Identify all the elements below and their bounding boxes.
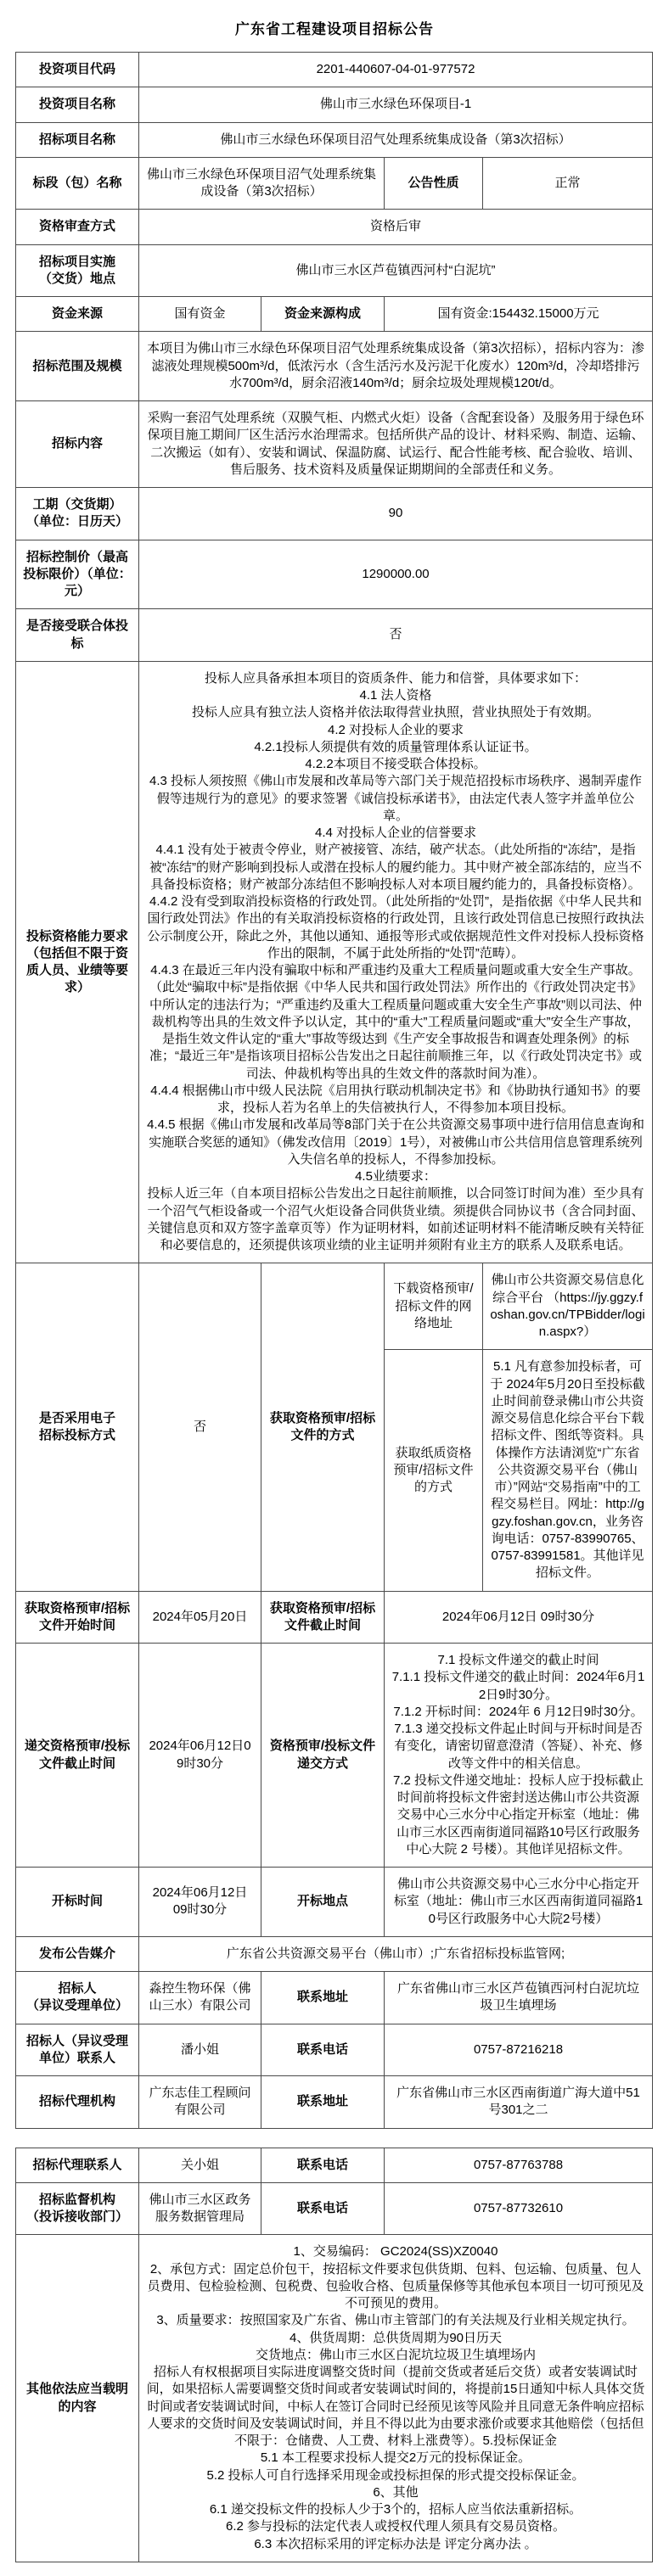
row-price-limit: 招标控制价（最高投标限价）（单位：元） 1290000.00 — [16, 540, 653, 609]
row-tender-project-name: 招标项目名称 佛山市三水绿色环保项目沼气处理系统集成设备（第3次招标） — [16, 122, 653, 157]
project-name-value: 佛山市三水绿色环保项目-1 — [139, 87, 653, 122]
notice-nature-label: 公告性质 — [385, 157, 483, 210]
supervisor-phone-label: 联系电话 — [261, 2182, 385, 2235]
row-scope: 招标范围及规模 本项目为佛山市三水绿色环保项目沼气处理系统集成设备（第3次招标）… — [16, 332, 653, 401]
submit-deadline-label: 递交资格预审/投标文件截止时间 — [16, 1644, 139, 1868]
download-url-label: 下载资格预审/招标文件的网络地址 — [385, 1263, 483, 1350]
electronic-bidding-label: 是否采用电子 招标投标方式 — [16, 1263, 139, 1591]
row-qualification-requirements: 投标资格能力要求（包括但不限于资质人员、业绩等要求） 投标人应具备承担本项目的资… — [16, 661, 653, 1263]
supervisor-value: 佛山市三水区政务服务数据管理局 — [139, 2182, 261, 2235]
obtain-deadline-value: 2024年06月12日 09时30分 — [385, 1591, 653, 1644]
other-content-value: 1、交易编码： GC2024(SS)XZ0040 2、承包方式：固定总价包干，按… — [139, 2235, 653, 2562]
row-qualification-review: 资格审查方式 资格后审 — [16, 210, 653, 244]
row-fund-source: 资金来源 国有资金 资金来源构成 国有资金:154432.15000万元 — [16, 297, 653, 332]
tender-project-name-value: 佛山市三水绿色环保项目沼气处理系统集成设备（第3次招标） — [139, 122, 653, 157]
tenderer-address-label: 联系地址 — [261, 1972, 385, 2024]
fund-composition-label: 资金来源构成 — [261, 297, 385, 332]
media-value: 广东省公共资源交易平台（佛山市）;广东省招标投标监管网; — [139, 1936, 653, 1971]
project-code-label: 投资项目代码 — [16, 53, 139, 87]
row-agency: 招标代理机构 广东志佳工程顾问有限公司 联系地址 广东省佛山市三水区西南街道广海… — [16, 2076, 653, 2129]
paper-method-value: 5.1 凡有意参加投标者，可于 2024年5月20日至投标截止时间前登录佛山市公… — [483, 1350, 653, 1591]
obtain-start-value: 2024年05月20日 — [139, 1591, 261, 1644]
supervisor-phone-value: 0757-87732610 — [385, 2182, 653, 2235]
tenderer-value: 淼控生物环保（佛山三水）有限公司 — [139, 1972, 261, 2024]
table-gap — [15, 2129, 654, 2148]
paper-method-label: 获取纸质资格预审/招标文件的方式 — [385, 1350, 483, 1591]
submit-method-label: 资格预审/投标文件递交方式 — [261, 1644, 385, 1868]
tenderer-phone-label: 联系电话 — [261, 2024, 385, 2076]
duration-label: 工期（交货期） （单位：日历天） — [16, 488, 139, 540]
tender-notice-table-2: 招标代理联系人 关小姐 联系电话 0757-87763788 招标监督机构 （投… — [15, 2148, 653, 2562]
supervisor-label: 招标监督机构 （投诉接收部门） — [16, 2182, 139, 2235]
other-content-label: 其他依法应当载明 的内容 — [16, 2235, 139, 2562]
tender-notice-table: 投资项目代码 2201-440607-04-01-977572 投资项目名称 佛… — [15, 52, 653, 2129]
obtain-method-label: 获取资格预审/招标文件的方式 — [261, 1263, 385, 1591]
agency-phone-value: 0757-87763788 — [385, 2148, 653, 2182]
row-bid-opening: 开标时间 2024年06月12日 09时30分 开标地点 佛山市公共资源交易中心… — [16, 1868, 653, 1937]
row-other-content: 其他依法应当载明 的内容 1、交易编码： GC2024(SS)XZ0040 2、… — [16, 2235, 653, 2562]
bid-opening-place-label: 开标地点 — [261, 1868, 385, 1937]
notice-nature-value: 正常 — [483, 157, 653, 210]
delivery-location-label: 招标项目实施 （交货）地点 — [16, 244, 139, 297]
row-duration: 工期（交货期） （单位：日历天） 90 — [16, 488, 653, 540]
row-project-name: 投资项目名称 佛山市三水绿色环保项目-1 — [16, 87, 653, 122]
fund-composition-value: 国有资金:154432.15000万元 — [385, 297, 653, 332]
tenderer-contact-label: 招标人（异议受理单位）联系人 — [16, 2024, 139, 2076]
duration-value: 90 — [139, 488, 653, 540]
submit-method-value: 7.1 投标文件递交的截止时间 7.1.1 投标文件递交的截止时间：2024年6… — [385, 1644, 653, 1868]
tender-notice-page: 广东省工程建设项目招标公告 投资项目代码 2201-440607-04-01-9… — [0, 0, 669, 2576]
bid-opening-place-value: 佛山市公共资源交易中心三水分中心指定开标室（地址：佛山市三水区西南街道同福路10… — [385, 1868, 653, 1937]
row-obtain-time: 获取资格预审/招标文件开始时间 2024年05月20日 获取资格预审/招标文件截… — [16, 1591, 653, 1644]
content-value: 采购一套沼气处理系统（双膜气柜、内燃式火炬）设备（含配套设备）及服务用于绿色环保… — [139, 401, 653, 488]
agency-value: 广东志佳工程顾问有限公司 — [139, 2076, 261, 2129]
row-section-name: 标段（包）名称 佛山市三水绿色环保项目沼气处理系统集成设备（第3次招标） 公告性… — [16, 157, 653, 210]
price-limit-value: 1290000.00 — [139, 540, 653, 609]
row-electronic-bidding-1: 是否采用电子 招标投标方式 否 获取资格预审/招标文件的方式 下载资格预审/招标… — [16, 1263, 653, 1350]
obtain-deadline-label: 获取资格预审/招标文件截止时间 — [261, 1591, 385, 1644]
qualification-review-value: 资格后审 — [139, 210, 653, 244]
fund-source-value: 国有资金 — [139, 297, 261, 332]
tenderer-phone-value: 0757-87216218 — [385, 2024, 653, 2076]
fund-source-label: 资金来源 — [16, 297, 139, 332]
agency-contact-value: 关小姐 — [139, 2148, 261, 2182]
agency-address-label: 联系地址 — [261, 2076, 385, 2129]
row-consortium: 是否接受联合体投标 否 — [16, 609, 653, 662]
scope-value: 本项目为佛山市三水绿色环保项目沼气处理系统集成设备（第3次招标），招标内容为：渗… — [139, 332, 653, 401]
download-url-value: 佛山市公共资源交易信息化综合平台 （https://jy.ggzy.foshan… — [483, 1263, 653, 1350]
project-name-label: 投资项目名称 — [16, 87, 139, 122]
row-supervisor: 招标监督机构 （投诉接收部门） 佛山市三水区政务服务数据管理局 联系电话 075… — [16, 2182, 653, 2235]
section-name-value: 佛山市三水绿色环保项目沼气处理系统集成设备（第3次招标） — [139, 157, 385, 210]
row-content: 招标内容 采购一套沼气处理系统（双膜气柜、内燃式火炬）设备（含配套设备）及服务用… — [16, 401, 653, 488]
tenderer-label: 招标人 （异议受理单位） — [16, 1972, 139, 2024]
submit-deadline-value: 2024年06月12日09时30分 — [139, 1644, 261, 1868]
tender-project-name-label: 招标项目名称 — [16, 122, 139, 157]
row-tenderer-contact: 招标人（异议受理单位）联系人 潘小姐 联系电话 0757-87216218 — [16, 2024, 653, 2076]
media-label: 发布公告媒介 — [16, 1936, 139, 1971]
tenderer-contact-value: 潘小姐 — [139, 2024, 261, 2076]
consortium-label: 是否接受联合体投标 — [16, 609, 139, 662]
scope-label: 招标范围及规模 — [16, 332, 139, 401]
price-limit-label: 招标控制价（最高投标限价）（单位：元） — [16, 540, 139, 609]
row-submit: 递交资格预审/投标文件截止时间 2024年06月12日09时30分 资格预审/投… — [16, 1644, 653, 1868]
qualification-review-label: 资格审查方式 — [16, 210, 139, 244]
agency-label: 招标代理机构 — [16, 2076, 139, 2129]
agency-phone-label: 联系电话 — [261, 2148, 385, 2182]
qualification-requirements-label: 投标资格能力要求（包括但不限于资质人员、业绩等要求） — [16, 661, 139, 1263]
obtain-start-label: 获取资格预审/招标文件开始时间 — [16, 1591, 139, 1644]
row-media: 发布公告媒介 广东省公共资源交易平台（佛山市）;广东省招标投标监管网; — [16, 1936, 653, 1971]
row-tenderer: 招标人 （异议受理单位） 淼控生物环保（佛山三水）有限公司 联系地址 广东省佛山… — [16, 1972, 653, 2024]
electronic-bidding-value: 否 — [139, 1263, 261, 1591]
tenderer-address-value: 广东省佛山市三水区芦苞镇西河村白泥坑垃圾卫生填埋场 — [385, 1972, 653, 2024]
row-project-code: 投资项目代码 2201-440607-04-01-977572 — [16, 53, 653, 87]
bid-opening-time-label: 开标时间 — [16, 1868, 139, 1937]
consortium-value: 否 — [139, 609, 653, 662]
row-delivery-location: 招标项目实施 （交货）地点 佛山市三水区芦苞镇西河村“白泥坑” — [16, 244, 653, 297]
page-title: 广东省工程建设项目招标公告 — [15, 17, 654, 38]
project-code-value: 2201-440607-04-01-977572 — [139, 53, 653, 87]
qualification-requirements-value: 投标人应具备承担本项目的资质条件、能力和信誉，具体要求如下： 4.1 法人资格 … — [139, 661, 653, 1263]
agency-contact-label: 招标代理联系人 — [16, 2148, 139, 2182]
content-label: 招标内容 — [16, 401, 139, 488]
bid-opening-time-value: 2024年06月12日 09时30分 — [139, 1868, 261, 1937]
row-agency-contact: 招标代理联系人 关小姐 联系电话 0757-87763788 — [16, 2148, 653, 2182]
agency-address-value: 广东省佛山市三水区西南街道广海大道中51号301之二 — [385, 2076, 653, 2129]
section-name-label: 标段（包）名称 — [16, 157, 139, 210]
delivery-location-value: 佛山市三水区芦苞镇西河村“白泥坑” — [139, 244, 653, 297]
